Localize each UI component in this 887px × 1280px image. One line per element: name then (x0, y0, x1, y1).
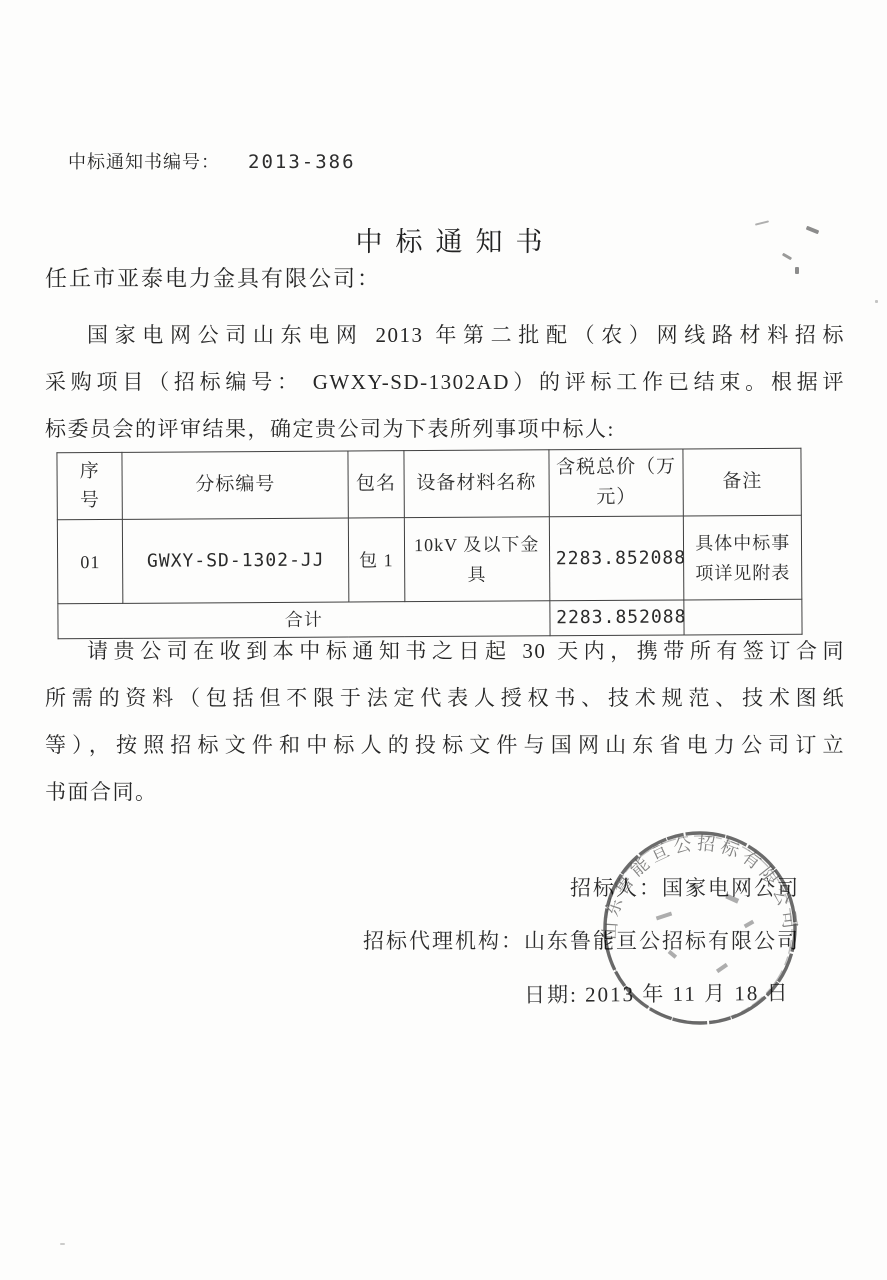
signature-bidder-line: 招标人：国家电网公司 (570, 872, 800, 902)
doc-number-label: 中标通知书编号： (68, 148, 220, 174)
page-title: 中标通知书 (356, 220, 556, 259)
cell-material: 10kV 及以下金具 (404, 517, 550, 602)
header-material: 设备材料名称 (404, 450, 549, 518)
paragraph-intro-line-3: 标委员会的评审结果，确定贵公司为下表所列事项中标人: (45, 406, 845, 453)
header-remark: 备注 (683, 448, 801, 516)
paragraph-intro-line-1: 国家电网公司山东电网 2013 年第二批配（农）网线路材料招标 (45, 312, 845, 359)
scanned-award-notice-page: 中标通知书编号： 2013-386 中标通知书 任丘市亚泰电力金具有限公司： 国… (0, 0, 887, 1280)
award-result-table: 序号 分标编号 包名 设备材料名称 含税总价（万元） 备注 01 GWXY-SD… (56, 448, 802, 640)
scan-speck (795, 267, 799, 274)
doc-number-value: 2013-386 (248, 151, 356, 173)
paragraph-instruction-line-2: 所需的资料（包括但不限于法定代表人授权书、技术规范、技术图纸 (45, 675, 845, 722)
scan-speck (806, 226, 820, 235)
table-row: 01 GWXY-SD-1302-JJ 包 1 10kV 及以下金具 2283.8… (57, 515, 801, 604)
paragraph-instruction-line-1: 请贵公司在收到本中标通知书之日起 30 天内，携带所有签订合同 (45, 628, 845, 675)
header-price: 含税总价（万元） (549, 449, 684, 517)
paragraph-intro: 国家电网公司山东电网 2013 年第二批配（农）网线路材料招标 采购项目（招标编… (45, 312, 845, 453)
scan-speck (782, 253, 792, 261)
paragraph-instruction-line-3: 等），按照招标文件和中标人的投标文件与国网山东省电力公司订立 (45, 722, 845, 769)
scan-speck (60, 1243, 65, 1245)
agency-label: 招标代理机构： (363, 929, 524, 953)
bidder-name: 国家电网公司 (662, 876, 800, 900)
addressee-line: 任丘市亚泰电力金具有限公司： (45, 262, 381, 293)
scan-speck (755, 220, 769, 225)
cell-price: 2283.852088 (549, 516, 684, 601)
signature-date-line: 日期: 2013 年 11 月 18 日 (524, 977, 790, 1009)
signature-agency-line: 招标代理机构：山东鲁能亘公招标有限公司 (363, 925, 800, 955)
cell-seq: 01 (57, 519, 123, 603)
doc-number-line: 中标通知书编号： 2013-386 (68, 148, 356, 174)
date-value: 2013 年 11 月 18 日 (585, 981, 790, 1007)
paragraph-intro-line-2: 采购项目（招标编号： GWXY-SD-1302AD）的评标工作已结束。根据评 (45, 359, 845, 406)
paragraph-instruction-line-4: 书面合同。 (45, 769, 845, 816)
header-seq: 序号 (57, 452, 123, 519)
header-lot-no: 分标编号 (122, 451, 348, 519)
cell-package: 包 1 (348, 518, 404, 602)
cell-lot-no: GWXY-SD-1302-JJ (123, 518, 349, 603)
agency-name: 山东鲁能亘公招标有限公司 (524, 929, 800, 953)
scan-speck (875, 300, 878, 303)
table-header-row: 序号 分标编号 包名 设备材料名称 含税总价（万元） 备注 (57, 448, 801, 520)
bidder-label: 招标人： (570, 876, 662, 900)
header-package: 包名 (348, 451, 404, 518)
cell-remark: 具体中标事项详见附表 (684, 515, 802, 600)
paragraph-instruction: 请贵公司在收到本中标通知书之日起 30 天内，携带所有签订合同 所需的资料（包括… (45, 628, 845, 816)
date-label: 日期: (524, 983, 578, 1007)
